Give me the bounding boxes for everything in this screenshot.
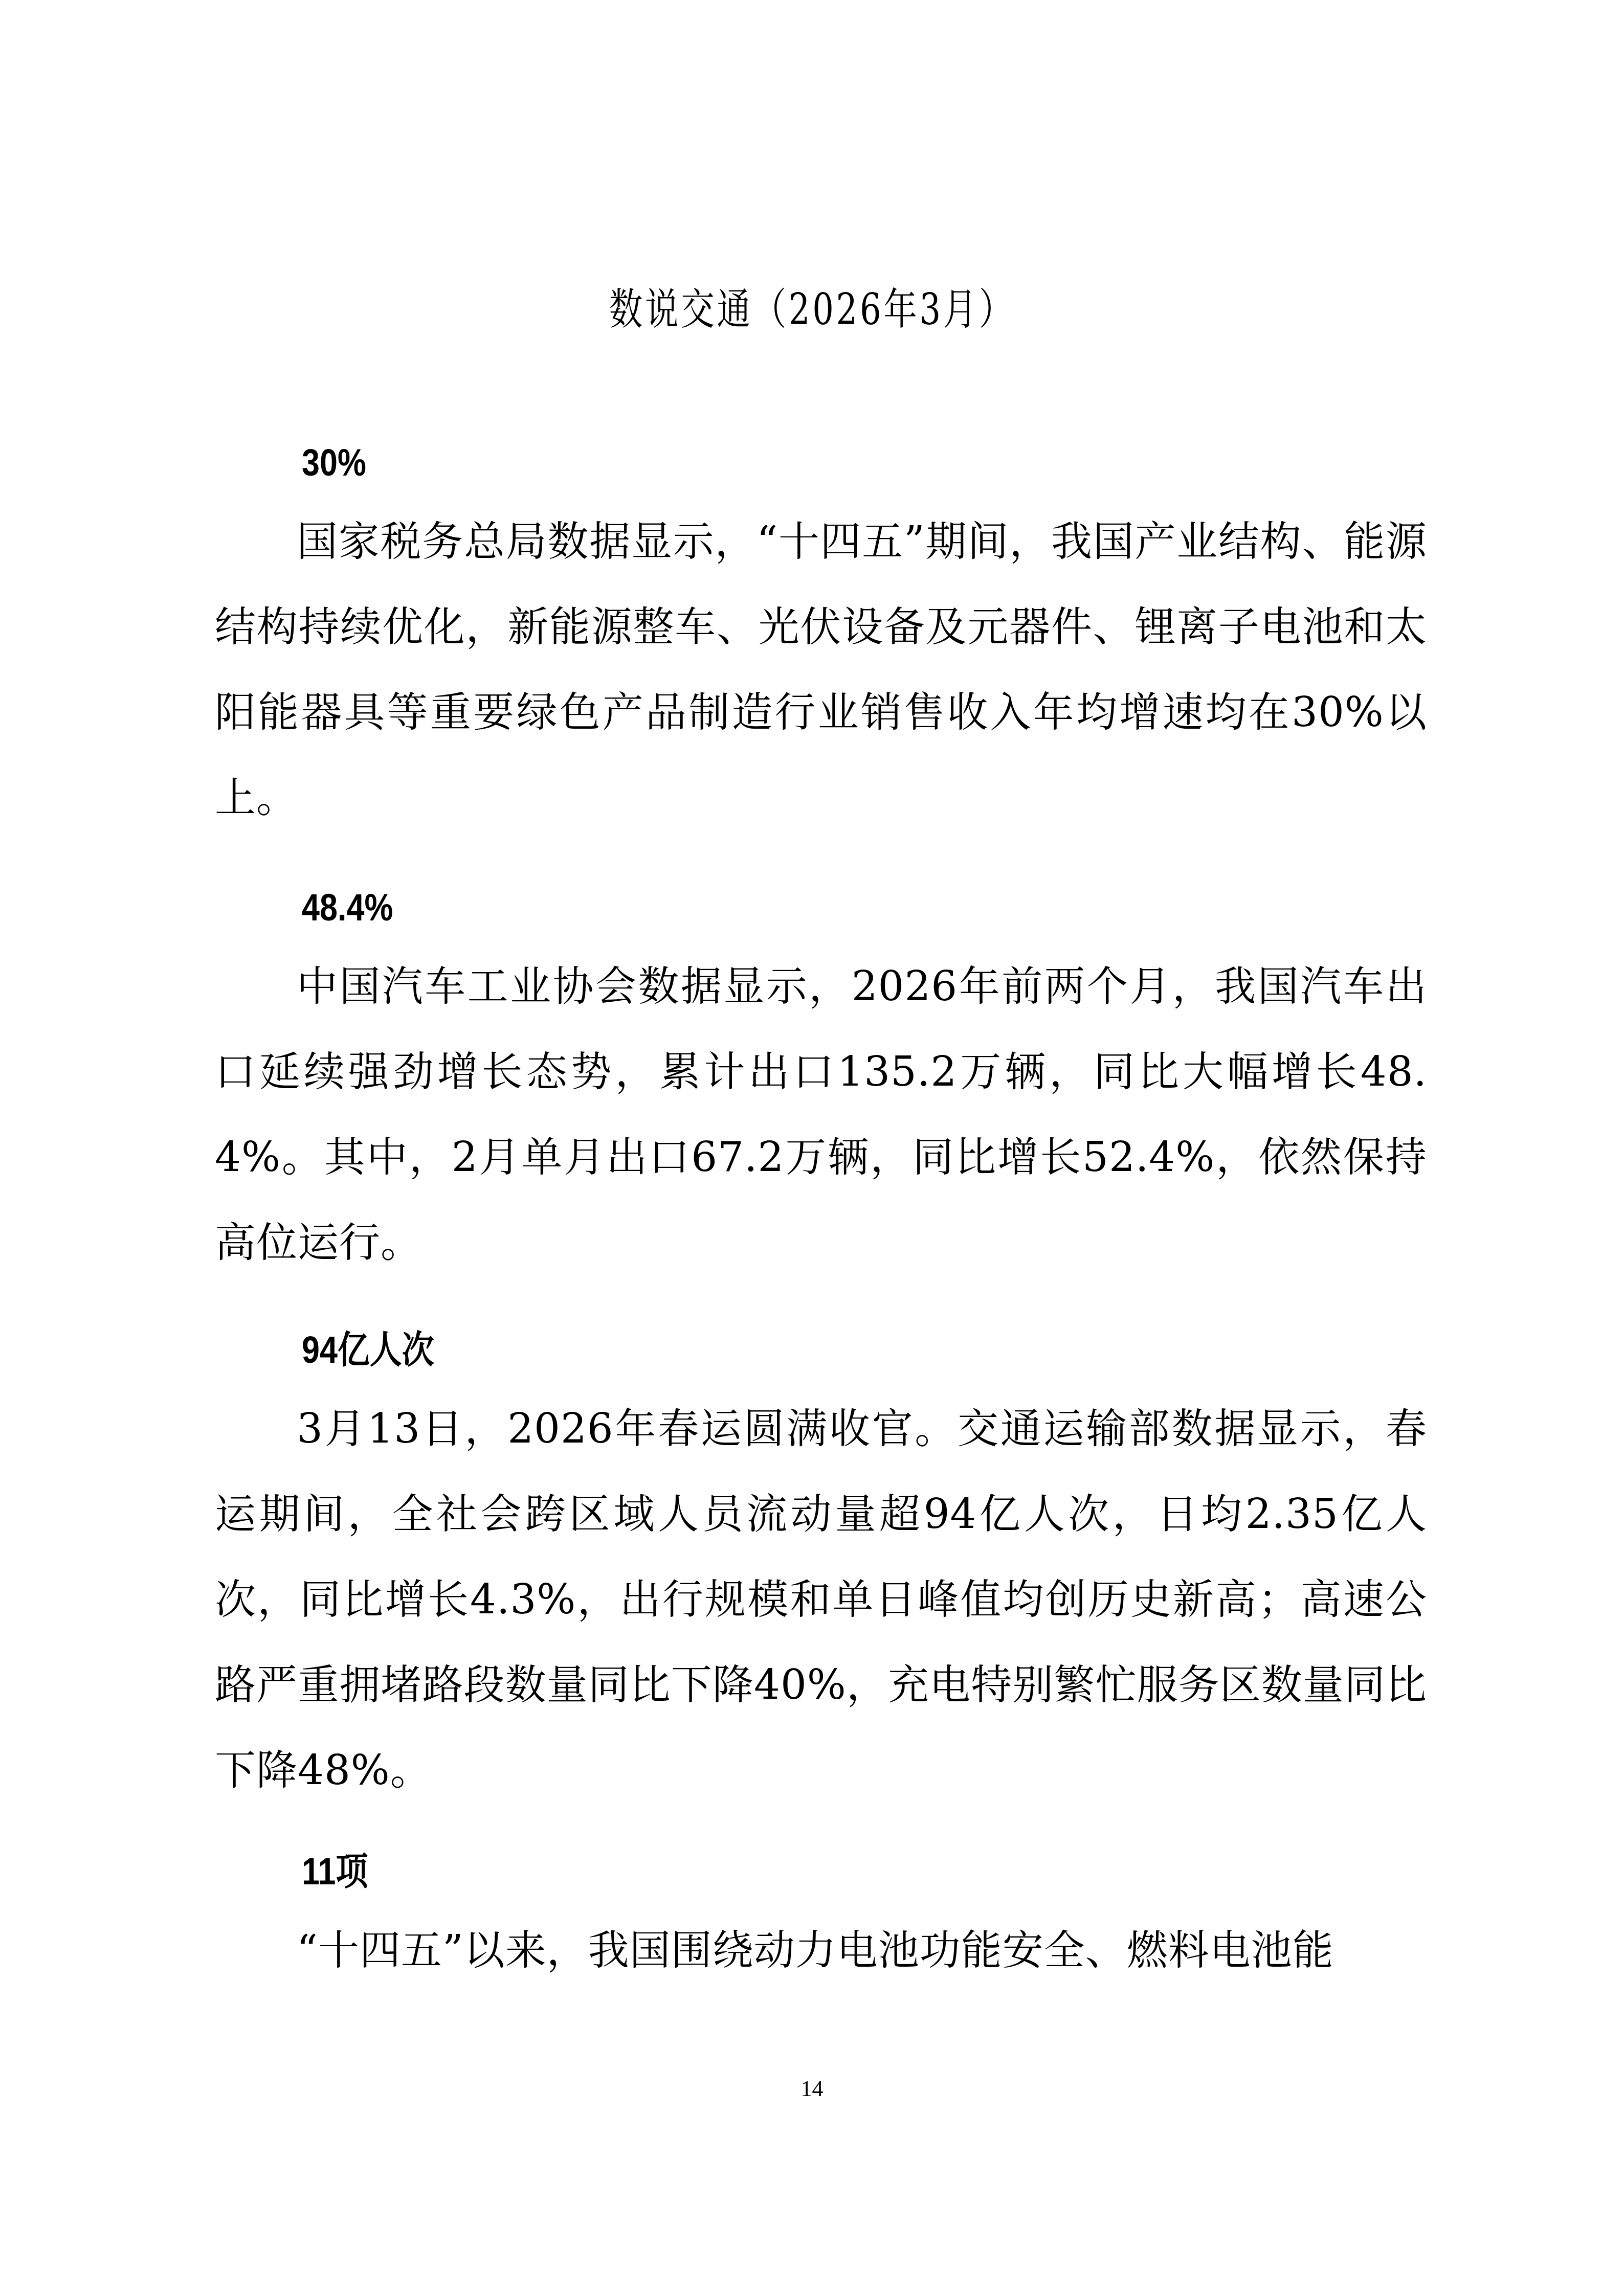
section-11-items: 11项 “十四五”以来，我国围绕动力电池功能安全、燃料电池能 — [215, 1841, 1427, 1993]
section-body: 中国汽车工业协会数据显示，2026年前两个月，我国汽车出口延续强劲增长态势，累计… — [215, 943, 1427, 1285]
section-heading: 30% — [302, 432, 1258, 493]
section-heading: 94亿人次 — [302, 1319, 1258, 1381]
section-body: 3月13日，2026年春运圆满收官。交通运输部数据显示，春运期间，全社会跨区域人… — [215, 1386, 1427, 1813]
section-48-4-percent: 48.4% 中国汽车工业协会数据显示，2026年前两个月，我国汽车出口延续强劲增… — [215, 877, 1427, 1285]
section-94-billion-trips: 94亿人次 3月13日，2026年春运圆满收官。交通运输部数据显示，春运期间，全… — [215, 1319, 1427, 1813]
section-body: “十四五”以来，我国围绕动力电池功能安全、燃料电池能 — [215, 1907, 1427, 1993]
section-heading: 48.4% — [302, 877, 1258, 938]
page-number: 14 — [0, 2074, 1624, 2104]
section-body: 国家税务总局数据显示，“十四五”期间，我国产业结构、能源结构持续优化，新能源整车… — [215, 499, 1427, 840]
page-title: 数说交通（2026年3月） — [179, 279, 1445, 340]
section-heading: 11项 — [302, 1841, 1258, 1902]
document-page: 数说交通（2026年3月） 30% 国家税务总局数据显示，“十四五”期间，我国产… — [0, 0, 1624, 2296]
section-30-percent: 30% 国家税务总局数据显示，“十四五”期间，我国产业结构、能源结构持续优化，新… — [215, 432, 1427, 840]
